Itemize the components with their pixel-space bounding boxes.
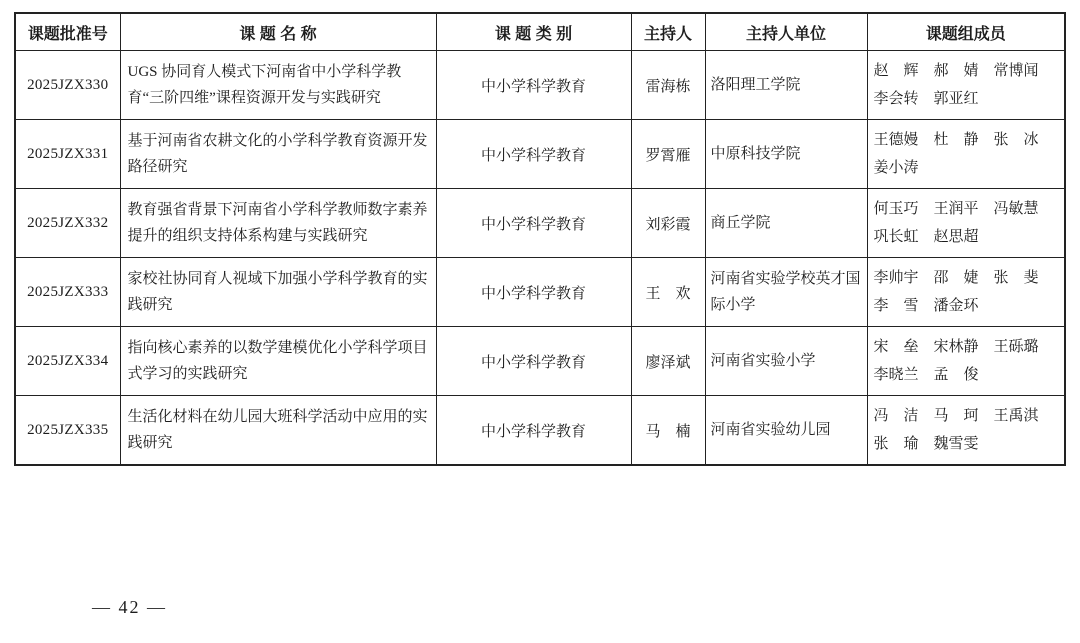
header-category: 课 题 类 别	[436, 13, 631, 51]
approval-number-cell: 2025JZX333	[15, 258, 120, 327]
members-line: 李帅宇 邵 婕 张 斐	[874, 264, 1059, 292]
leader-cell: 廖泽斌	[631, 327, 705, 396]
approval-number-cell: 2025JZX331	[15, 120, 120, 189]
approval-number-cell: 2025JZX335	[15, 396, 120, 466]
leader-unit-cell: 中原科技学院	[705, 120, 867, 189]
leader-cell: 王 欢	[631, 258, 705, 327]
leader-unit-cell: 河南省实验学校英才国际小学	[705, 258, 867, 327]
project-title-cell: 家校社协同育人视域下加强小学科学教育的实践研究	[120, 258, 436, 327]
leader-cell: 刘彩霞	[631, 189, 705, 258]
leader-cell: 罗霄雁	[631, 120, 705, 189]
header-leader: 主持人	[631, 13, 705, 51]
members-line: 巩长虹 赵思超	[874, 223, 1059, 251]
category-cell: 中小学科学教育	[436, 51, 631, 120]
table-row: 2025JZX330 UGS 协同育人模式下河南省中小学科学教育“三阶四维”课程…	[15, 51, 1065, 120]
leader-unit-cell: 洛阳理工学院	[705, 51, 867, 120]
project-title-cell: 指向核心素养的以数学建模优化小学科学项目式学习的实践研究	[120, 327, 436, 396]
header-members: 课题组成员	[867, 13, 1065, 51]
table-row: 2025JZX331 基于河南省农耕文化的小学科学教育资源开发路径研究 中小学科…	[15, 120, 1065, 189]
category-cell: 中小学科学教育	[436, 120, 631, 189]
project-title-cell: UGS 协同育人模式下河南省中小学科学教育“三阶四维”课程资源开发与实践研究	[120, 51, 436, 120]
category-cell: 中小学科学教育	[436, 327, 631, 396]
approval-number-cell: 2025JZX334	[15, 327, 120, 396]
members-line: 李会转 郭亚红	[874, 85, 1059, 113]
header-project-title: 课 题 名 称	[120, 13, 436, 51]
members-line: 李晓兰 孟 俊	[874, 361, 1059, 389]
table-header-row: 课题批准号 课 题 名 称 课 题 类 别 主持人 主持人单位 课题组成员	[15, 13, 1065, 51]
project-title-cell: 生活化材料在幼儿园大班科学活动中应用的实践研究	[120, 396, 436, 466]
project-approval-table: 课题批准号 课 题 名 称 课 题 类 别 主持人 主持人单位 课题组成员 20…	[14, 12, 1066, 466]
members-cell: 何玉巧 王润平 冯敏慧 巩长虹 赵思超	[867, 189, 1065, 258]
table-row: 2025JZX333 家校社协同育人视域下加强小学科学教育的实践研究 中小学科学…	[15, 258, 1065, 327]
members-line: 宋 垒 宋林静 王砾璐	[874, 333, 1059, 361]
header-leader-unit: 主持人单位	[705, 13, 867, 51]
members-line: 姜小涛	[874, 154, 1059, 182]
members-line: 张 瑜 魏雪雯	[874, 430, 1059, 458]
table-row: 2025JZX332 教育强省背景下河南省小学科学教师数字素养提升的组织支持体系…	[15, 189, 1065, 258]
members-line: 王德嫚 杜 静 张 冰	[874, 126, 1059, 154]
category-cell: 中小学科学教育	[436, 396, 631, 466]
project-title-cell: 教育强省背景下河南省小学科学教师数字素养提升的组织支持体系构建与实践研究	[120, 189, 436, 258]
members-cell: 李帅宇 邵 婕 张 斐 李 雪 潘金环	[867, 258, 1065, 327]
members-cell: 宋 垒 宋林静 王砾璐 李晓兰 孟 俊	[867, 327, 1065, 396]
table-row: 2025JZX334 指向核心素养的以数学建模优化小学科学项目式学习的实践研究 …	[15, 327, 1065, 396]
category-cell: 中小学科学教育	[436, 258, 631, 327]
category-cell: 中小学科学教育	[436, 189, 631, 258]
leader-unit-cell: 河南省实验小学	[705, 327, 867, 396]
members-line: 李 雪 潘金环	[874, 292, 1059, 320]
header-approval-no: 课题批准号	[15, 13, 120, 51]
leader-cell: 马 楠	[631, 396, 705, 466]
leader-unit-cell: 河南省实验幼儿园	[705, 396, 867, 466]
members-line: 冯 洁 马 珂 王禹淇	[874, 402, 1059, 430]
leader-cell: 雷海栋	[631, 51, 705, 120]
leader-unit-cell: 商丘学院	[705, 189, 867, 258]
approval-number-cell: 2025JZX332	[15, 189, 120, 258]
page-number: — 42 —	[92, 597, 167, 618]
approval-number-cell: 2025JZX330	[15, 51, 120, 120]
project-title-cell: 基于河南省农耕文化的小学科学教育资源开发路径研究	[120, 120, 436, 189]
members-cell: 冯 洁 马 珂 王禹淇 张 瑜 魏雪雯	[867, 396, 1065, 466]
members-line: 赵 辉 郝 婧 常博闻	[874, 57, 1059, 85]
members-cell: 赵 辉 郝 婧 常博闻 李会转 郭亚红	[867, 51, 1065, 120]
table-row: 2025JZX335 生活化材料在幼儿园大班科学活动中应用的实践研究 中小学科学…	[15, 396, 1065, 466]
members-cell: 王德嫚 杜 静 张 冰 姜小涛	[867, 120, 1065, 189]
members-line: 何玉巧 王润平 冯敏慧	[874, 195, 1059, 223]
